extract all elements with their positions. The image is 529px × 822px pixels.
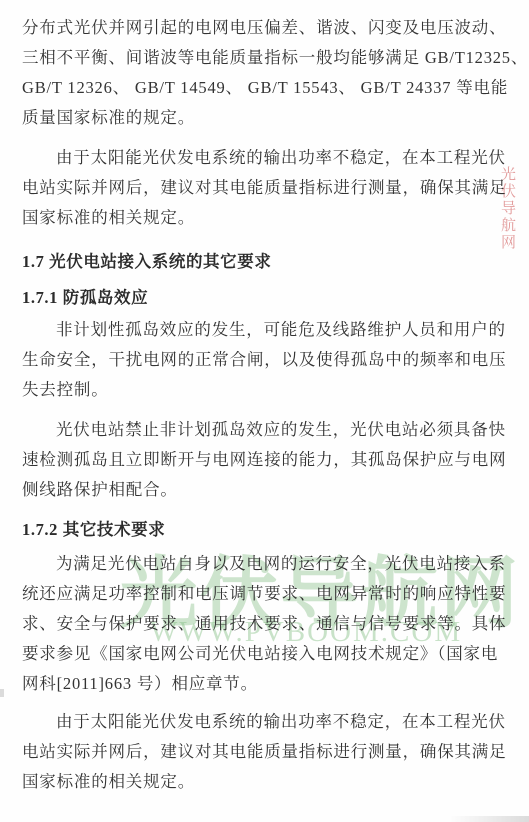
text-line: 生命安全，干扰电网的正常合闸，以及使得孤岛中的频率和电压 — [22, 345, 514, 375]
section-heading-1-7: 1.7 光伏电站接入系统的其它要求 — [22, 247, 514, 277]
section-heading-1-7-1: 1.7.1 防孤岛效应 — [22, 283, 514, 313]
text-line: 电站实际并网后，建议对其电能质量指标进行测量，确保其满足 — [22, 173, 514, 203]
text-line: 由于太阳能光伏发电系统的输出功率不稳定，在本工程光伏 — [22, 143, 514, 173]
text-line: 光伏电站禁止非计划孤岛效应的发生，光伏电站必须具备快 — [22, 415, 514, 445]
text-line: 三相不平衡、间谐波等电能质量指标一般均能够满足 GB/T12325、 — [22, 43, 514, 73]
text-line: 由于太阳能光伏发电系统的输出功率不稳定，在本工程光伏 — [22, 707, 514, 737]
paragraph-quality-standards: 分布式光伏并网引起的电网电压偏差、谐波、闪变及电压波动、 三相不平衡、间谐波等电… — [22, 13, 514, 133]
document-text: 分布式光伏并网引起的电网电压偏差、谐波、闪变及电压波动、 三相不平衡、间谐波等电… — [22, 13, 514, 797]
text-line: 求、安全与保护要求、通用技术要求、通信与信号要求等。具体 — [22, 609, 514, 639]
text-line: 质量国家标准的规定。 — [22, 103, 514, 133]
text-line: 分布式光伏并网引起的电网电压偏差、谐波、闪变及电压波动、 — [22, 13, 514, 43]
paragraph-other-requirements: 为满足光伏电站自身以及电网的运行安全，光伏电站接入系 统还应满足功率控制和电压调… — [22, 549, 514, 699]
document-page: 光伏导航网 WWW.PVBOOM.COM 光伏导航网 分布式光伏并网引起的电网电… — [0, 0, 529, 822]
text-line: 为满足光伏电站自身以及电网的运行安全，光伏电站接入系 — [22, 549, 514, 579]
paragraph-islanding-protection: 光伏电站禁止非计划孤岛效应的发生，光伏电站必须具备快 速检测孤岛且立即断开与电网… — [22, 415, 514, 505]
text-line: 非计划性孤岛效应的发生，可能危及线路维护人员和用户的 — [22, 315, 514, 345]
text-line: 侧线路保护相配合。 — [22, 475, 514, 505]
text-line: 国家标准的相关规定。 — [22, 203, 514, 233]
text-line: 国家标准的相关规定。 — [22, 767, 514, 797]
text-line: 网科[2011]663 号）相应章节。 — [22, 669, 514, 699]
paragraph-islanding-risk: 非计划性孤岛效应的发生，可能危及线路维护人员和用户的 生命安全，干扰电网的正常合… — [22, 315, 514, 405]
paragraph-measurement-advice-repeat: 由于太阳能光伏发电系统的输出功率不稳定，在本工程光伏 电站实际并网后，建议对其电… — [22, 707, 514, 797]
text-line: 速检测孤岛且立即断开与电网连接的能力，其孤岛保护应与电网 — [22, 445, 514, 475]
text-line: 要求参见《国家电网公司光伏电站接入电网技术规定》（国家电 — [22, 639, 514, 669]
text-line: 统还应满足功率控制和电压调节要求、电网异常时的响应特性要 — [22, 579, 514, 609]
scan-speck — [0, 689, 4, 697]
section-heading-1-7-2: 1.7.2 其它技术要求 — [22, 515, 514, 545]
scan-shadow — [449, 816, 529, 822]
paragraph-measurement-advice: 由于太阳能光伏发电系统的输出功率不稳定，在本工程光伏 电站实际并网后，建议对其电… — [22, 143, 514, 233]
text-line: 电站实际并网后，建议对其电能质量指标进行测量，确保其满足 — [22, 737, 514, 767]
text-line: 失去控制。 — [22, 375, 514, 405]
text-line: GB/T 12326、 GB/T 14549、 GB/T 15543、 GB/T… — [22, 73, 514, 103]
